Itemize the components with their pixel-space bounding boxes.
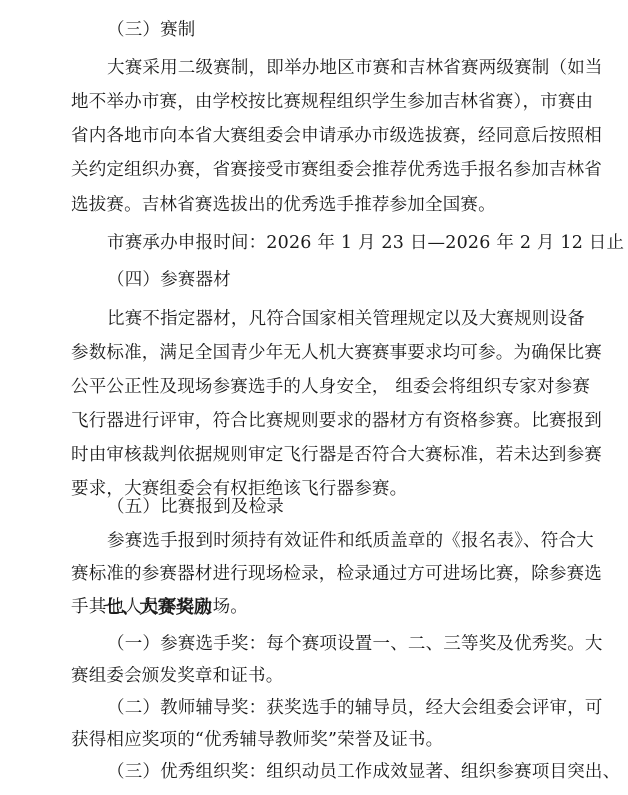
paragraph-line: 时由审核裁判依据规则审定飞行器是否符合大赛标准，若未达到参赛 <box>71 444 541 466</box>
paragraph-line: 省内各地市向本省大赛组委会申请承办市级选拔赛，经同意后按照相 <box>71 125 541 147</box>
paragraph-line: 参数标准，满足全国青少年无人机大赛赛事要求均可参。为确保比赛 <box>71 342 541 364</box>
award-item-line: 赛组委会颁发奖章和证书。 <box>71 665 541 687</box>
paragraph-line: 比赛不指定器材，凡符合国家相关管理规定以及大赛规则设备 <box>107 308 541 330</box>
section-heading-competition-format: （三）赛制 <box>107 19 541 41</box>
paragraph-line: 大赛采用二级赛制，即举办地区市赛和吉林省赛两级赛制（如当 <box>107 57 541 79</box>
award-item-line: 获得相应奖项的“优秀辅导教师奖”荣誉及证书。 <box>71 729 541 751</box>
chapter-title-awards: 七、大赛奖励 <box>103 597 573 619</box>
paragraph-line: 赛标准的参赛器材进行现场检录，检录通过方可进场比赛，除参赛选 <box>71 563 541 585</box>
application-deadline: 市赛承办申报时间：2026 年 1 月 23 日—2026 年 2 月 12 日… <box>107 232 541 254</box>
paragraph-line: 选拔赛。吉林省赛选拔出的优秀选手推荐参加全国赛。 <box>71 194 541 216</box>
paragraph-line: 飞行器进行评审，符合比赛规则要求的器材方有资格参赛。比赛报到 <box>71 410 541 432</box>
paragraph-line: 公平公正性及现场参赛选手的人身安全， 组委会将组织专家对参赛 <box>71 376 541 398</box>
award-item-line: （二）教师辅导奖：获奖选手的辅导员，经大会组委会评审，可 <box>107 697 541 719</box>
section-heading-equipment: （四）参赛器材 <box>107 269 541 291</box>
award-item-line: （三）优秀组织奖：组织动员工作成效显著、组织参赛项目突出、 <box>107 761 541 783</box>
section-heading-check-in: （五）比赛报到及检录 <box>107 496 541 518</box>
paragraph-line: 关约定组织办赛，省赛接受市赛组委会推荐优秀选手报名参加吉林省 <box>71 159 541 181</box>
paragraph-line: 地不举办市赛，由学校按比赛规程组织学生参加吉林省赛），市赛由 <box>71 91 541 113</box>
award-item-line: （一）参赛选手奖：每个赛项设置一、二、三等奖及优秀奖。大 <box>107 633 541 655</box>
paragraph-line: 参赛选手报到时须持有效证件和纸质盖章的《报名表》、符合大 <box>107 530 541 552</box>
